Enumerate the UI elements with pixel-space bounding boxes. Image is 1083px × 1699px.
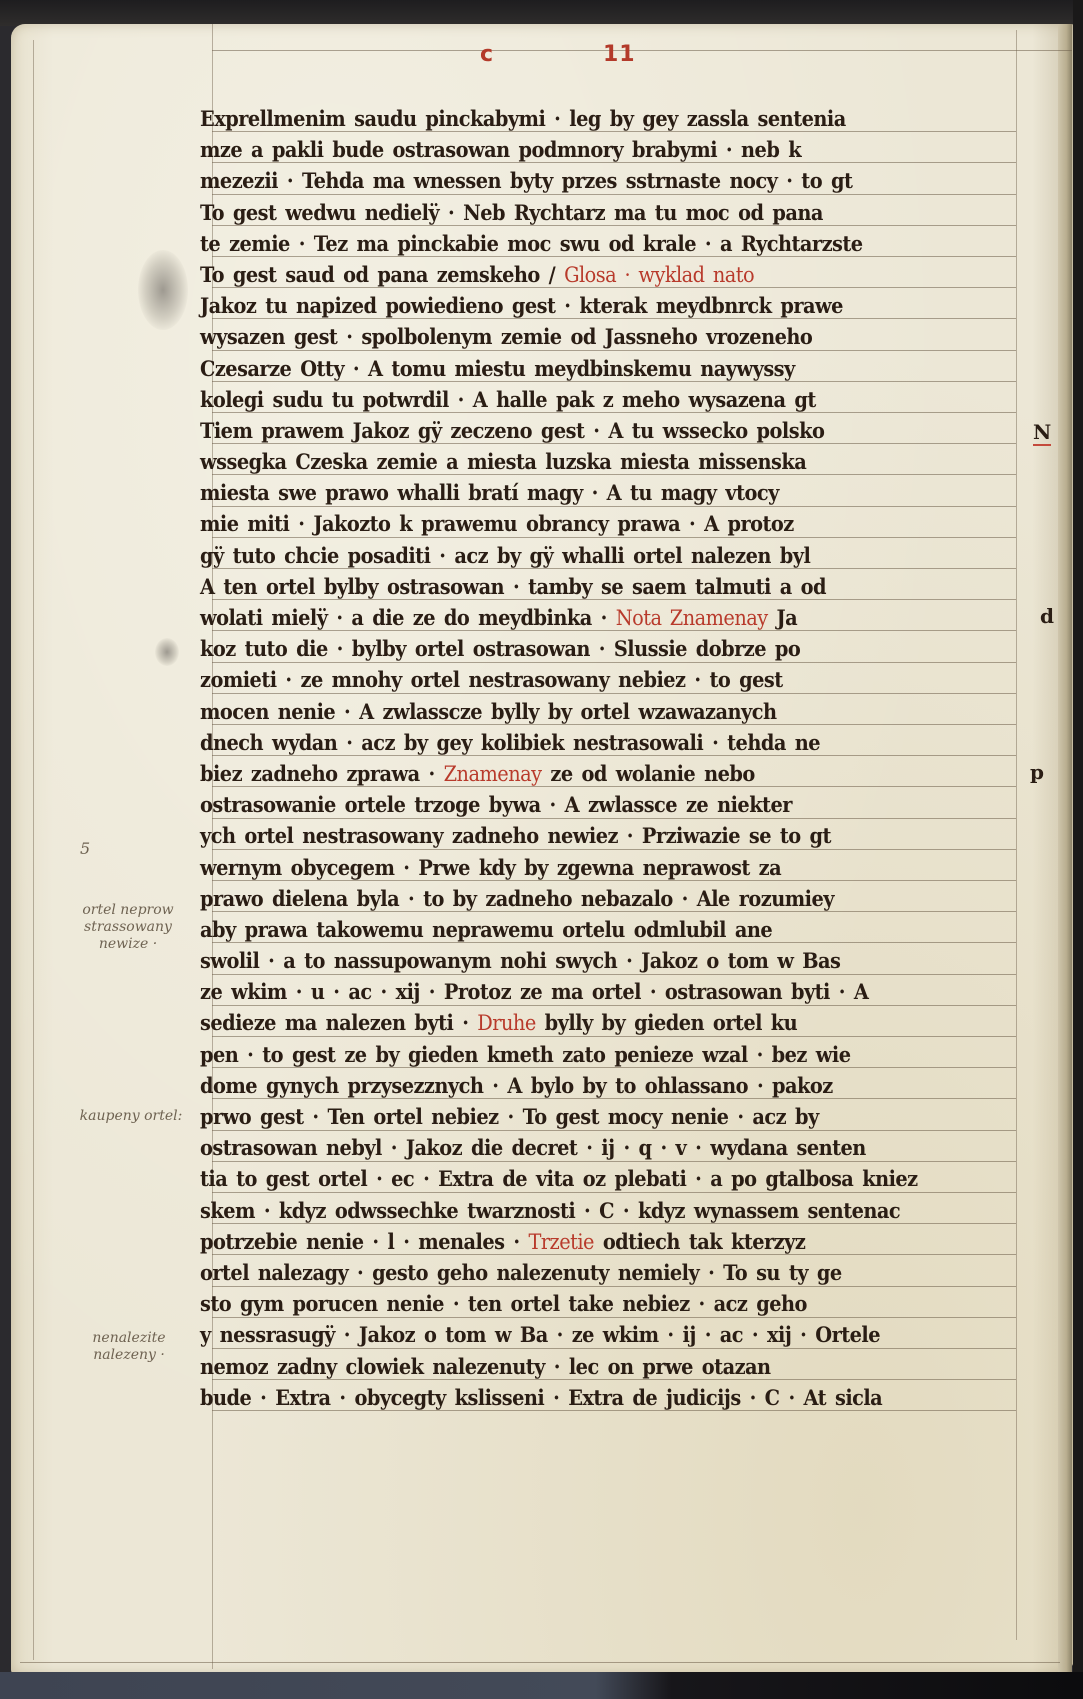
ruling-line (212, 1130, 1016, 1131)
line-text: wysazen gest · spolbolenym zemie od Jass… (200, 325, 812, 350)
ruling-line (212, 630, 1016, 631)
line-text: bude · Extra · obycegty kslisseni · Extr… (200, 1386, 882, 1411)
manuscript-line: prwo gest · Ten ortel nebiez · To gest m… (200, 1102, 965, 1133)
ruling-line (212, 1005, 1016, 1006)
line-text-continuation: ze od wolanie nebo (550, 762, 754, 787)
line-text: Exprellmenim saudu pinckabymi · leg by g… (200, 107, 846, 132)
page-fore-edge (1058, 24, 1072, 1674)
ruling-line (212, 755, 1016, 756)
line-text: biez zadneho zprawa · (200, 762, 435, 787)
ruling-line (212, 693, 1016, 694)
manuscript-line: dome gynych przysezznych · A bylo by to … (200, 1071, 965, 1102)
line-text: mie miti · Jakozto k prawemu obrancy pra… (200, 512, 794, 537)
margin-note-nenalezite: nenalezite nalezeny · (74, 1330, 184, 1364)
ruling-line (212, 1067, 1016, 1068)
manuscript-line: nemoz zadny clowiek nalezenuty · lec on … (200, 1352, 965, 1383)
line-text: y nessrasugÿ · Jakoz o tom w Ba · ze wki… (200, 1323, 880, 1348)
ruling-line (212, 131, 1016, 132)
line-text: potrzebie nenie · l · menales · (200, 1230, 520, 1255)
line-text: miesta swe prawo whalli bratí magy · A t… (200, 481, 779, 506)
ruling-line (212, 974, 1016, 975)
ruling-line (212, 1192, 1016, 1193)
line-text: aby prawa takowemu neprawemu ortelu odml… (200, 918, 772, 943)
ruling-line (212, 318, 1016, 319)
margin-note-ortel-nestrasowany: ortel neprow strassowany newize · (58, 902, 198, 953)
ruling-line (212, 1379, 1016, 1380)
folio-number: 11 (603, 42, 636, 67)
manuscript-line: potrzebie nenie · l · menales · Trzetie … (200, 1227, 965, 1258)
line-text: kolegi sudu tu potwrdil · A halle pak z … (200, 388, 816, 413)
line-text: ortel nalezagy · gesto geho nalezenuty n… (200, 1261, 842, 1286)
rubric-text: Znamenay (444, 762, 542, 787)
line-text: To gest saud od pana zemskeho / (200, 263, 555, 288)
line-text: gÿ tuto chcie posaditi · acz by gÿ whall… (200, 544, 810, 569)
line-text: nemoz zadny clowiek nalezenuty · lec on … (200, 1355, 771, 1380)
manuscript-line: wernym obycegem · Prwe kdy by zgewna nep… (200, 853, 965, 884)
ruling-line (212, 162, 1016, 163)
ruling-line (212, 786, 1016, 787)
scan-background-right (1073, 0, 1083, 1699)
rubric-text: Druhe (477, 1011, 535, 1036)
ruling-line (212, 1161, 1016, 1162)
ruling-line (212, 1223, 1016, 1224)
ruling-top (212, 50, 1072, 51)
manuscript-line: tia to gest ortel · ec · Extra de vita o… (200, 1164, 965, 1195)
ruling-line (212, 599, 1016, 600)
line-text: mocen nenie · A zwlasscze bylly by ortel… (200, 700, 776, 725)
ink-stain (155, 638, 179, 666)
ruling-line (212, 474, 1016, 475)
manuscript-line: aby prawa takowemu neprawemu ortelu odml… (200, 915, 965, 946)
rubric-text: Glosa · wyklad nato (564, 263, 754, 288)
ink-stain (138, 250, 188, 330)
ruling-line (212, 849, 1016, 850)
manuscript-line: swolil · a to nassupowanym nohi swych · … (200, 946, 965, 977)
line-text: wolati mielÿ · a die ze do meydbinka · (200, 606, 607, 631)
line-text: ze wkim · u · ac · xij · Protoz ze ma or… (200, 980, 868, 1005)
margin-sign-n: N (1033, 420, 1051, 446)
line-text: pen · to gest ze by gieden kmeth zato pe… (200, 1043, 850, 1068)
manuscript-line: sto gym porucen nenie · ten ortel take n… (200, 1289, 965, 1320)
line-text: te zemie · Tez ma pinckabie moc swu od k… (200, 232, 863, 257)
ruling-line (212, 880, 1016, 881)
line-text: Jakoz tu napized powiedieno gest · ktera… (200, 294, 843, 319)
line-text: sto gym porucen nenie · ten ortel take n… (200, 1292, 807, 1317)
ruling-line (212, 1254, 1016, 1255)
line-text: ostrasowan nebyl · Jakoz die decret · ij… (200, 1136, 866, 1161)
manuscript-line: ostrasowan nebyl · Jakoz die decret · ij… (200, 1133, 965, 1164)
line-text: ostrasowanie ortele trzoge bywa · A zwla… (200, 793, 792, 818)
manuscript-line: skem · kdyz odwssechke twarznosti · C · … (200, 1196, 965, 1227)
line-text: mezezii · Tehda ma wnessen byty przes ss… (200, 169, 852, 194)
scan-background-top (0, 0, 1083, 26)
line-text: dnech wydan · acz by gey kolibiek nestra… (200, 731, 820, 756)
ruling-line (212, 350, 1016, 351)
ruling-line (212, 568, 1016, 569)
ruling-line (212, 194, 1016, 195)
line-text: mze a pakli bude ostrasowan podmnory bra… (200, 138, 801, 163)
manuscript-line: ortel nalezagy · gesto geho nalezenuty n… (200, 1258, 965, 1289)
rubric-text: Nota Znamenay (616, 606, 768, 631)
manuscript-line: prawo dielena byla · to by zadneho nebaz… (200, 884, 965, 915)
line-text: prwo gest · Ten ortel nebiez · To gest m… (200, 1105, 819, 1130)
ruling-line (212, 225, 1016, 226)
ruling-line (212, 1286, 1016, 1287)
line-text: Czesarze Otty · A tomu miestu meydbinske… (200, 357, 795, 382)
line-text: A ten ortel bylby ostrasowan · tamby se … (200, 575, 826, 600)
ruling-line (212, 537, 1016, 538)
ruling-line (212, 1410, 1016, 1411)
margin-sign-p: p (1030, 760, 1044, 784)
ruling-line (212, 506, 1016, 507)
line-text: sedieze ma nalezen byti · (200, 1011, 468, 1036)
manuscript-line: bude · Extra · obycegty kslisseni · Extr… (200, 1383, 965, 1414)
ruling-line (212, 662, 1016, 663)
quire-mark: c (480, 42, 494, 67)
ruling-line (212, 1317, 1016, 1318)
ruling-line (212, 1098, 1016, 1099)
line-text: wernym obycegem · Prwe kdy by zgewna nep… (200, 856, 781, 881)
line-text: koz tuto die · bylby ortel ostrasowan · … (200, 637, 800, 662)
line-text: prawo dielena byla · to by zadneho nebaz… (200, 887, 834, 912)
ruling-line (212, 1348, 1016, 1349)
line-text: tia to gest ortel · ec · Extra de vita o… (200, 1167, 918, 1192)
manuscript-line: pen · to gest ze by gieden kmeth zato pe… (200, 1040, 965, 1071)
ruling-line (212, 724, 1016, 725)
ruling-line (212, 911, 1016, 912)
ruling-line (212, 412, 1016, 413)
line-text: To gest wedwu nedielÿ · Neb Rychtarz ma … (200, 201, 823, 226)
line-text: swolil · a to nassupowanym nohi swych · … (200, 949, 840, 974)
line-text: zomieti · ze mnohy ortel nestrasowany ne… (200, 668, 783, 693)
ruling-left-outer (33, 40, 34, 1660)
ruling-line (212, 818, 1016, 819)
line-text: Tiem prawem Jakoz gÿ zeczeno gest · A tu… (200, 419, 824, 444)
ruling-line (212, 381, 1016, 382)
scan-background-bottom (0, 1672, 1083, 1699)
line-text: dome gynych przysezznych · A bylo by to … (200, 1074, 833, 1099)
ruling-line (212, 942, 1016, 943)
manuscript-line: ze wkim · u · ac · xij · Protoz ze ma or… (200, 977, 965, 1008)
ruling-line (212, 256, 1016, 257)
ruling-bottom (20, 1662, 1060, 1663)
line-text: skem · kdyz odwssechke twarznosti · C · … (200, 1199, 900, 1224)
manuscript-line: sedieze ma nalezen byti · Druhe bylly by… (200, 1008, 965, 1039)
margin-note-numeral: 5 (80, 840, 90, 857)
ruling-line (212, 287, 1016, 288)
line-text-continuation: bylly by gieden ortel ku (545, 1011, 798, 1036)
line-text-continuation: odtiech tak kterzyz (603, 1230, 805, 1255)
main-text-column: Exprellmenim saudu pinckabymi · leg by g… (200, 104, 1050, 1414)
margin-note-kaupeny-ortel: kaupeny ortel: (66, 1108, 196, 1125)
ruling-line (212, 1036, 1016, 1037)
rubric-text: Trzetie (528, 1230, 593, 1255)
manuscript-line: y nessrasugÿ · Jakoz o tom w Ba · ze wki… (200, 1320, 965, 1351)
line-text: wssegka Czeska zemie a miesta luzska mie… (200, 450, 806, 475)
ruling-line (212, 443, 1016, 444)
margin-sign-d: d (1040, 604, 1054, 628)
line-text-continuation: Ja (777, 606, 798, 631)
line-text: ych ortel nestrasowany zadneho newiez · … (200, 824, 831, 849)
